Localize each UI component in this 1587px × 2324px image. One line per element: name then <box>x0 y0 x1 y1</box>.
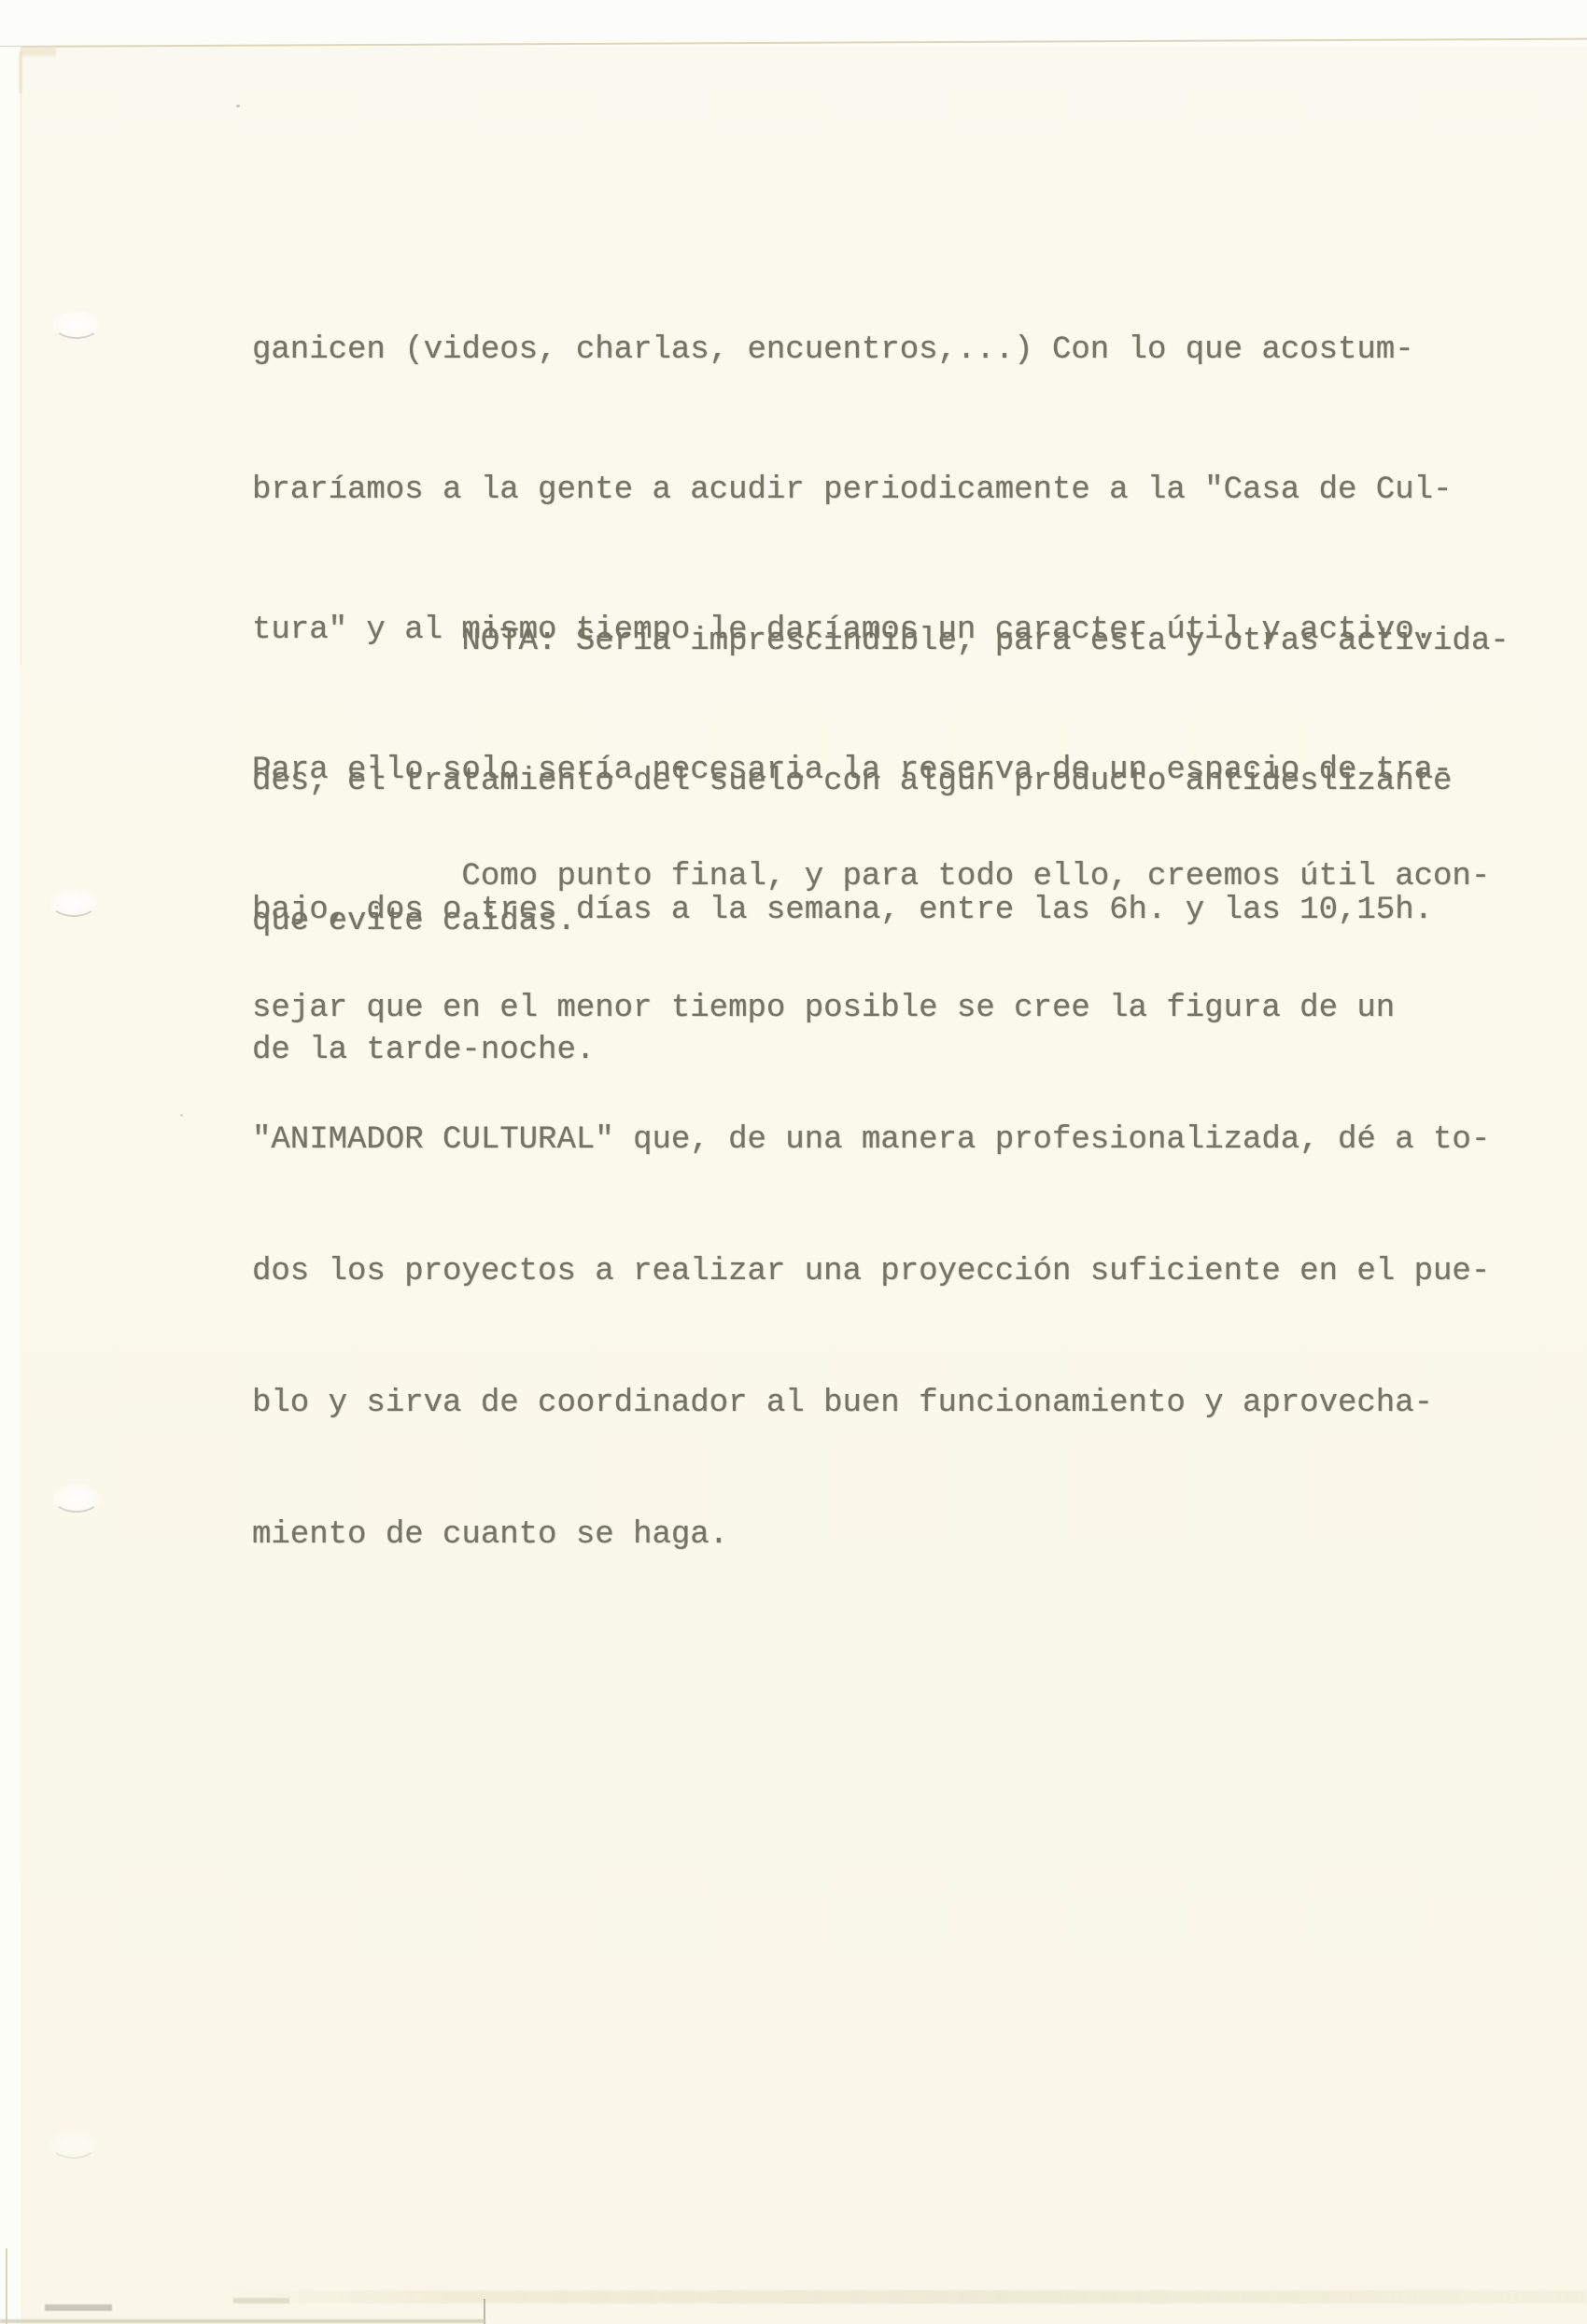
typed-line: sejar que en el menor tiempo posible se … <box>252 987 1490 1031</box>
bottom-scan-mark <box>233 2298 289 2303</box>
bottom-scan-smear <box>215 2290 1587 2303</box>
typed-line: Como punto final, y para todo ello, cree… <box>252 855 1490 899</box>
typed-line: blo y sirva de coordinador al buen funci… <box>252 1382 1490 1426</box>
scanned-document-page: ganicen (videos, charlas, encuentros,...… <box>0 0 1587 2324</box>
page-bottom-edge <box>0 2319 485 2323</box>
paragraph-3-final: Como punto final, y para todo ello, cree… <box>252 768 1490 1645</box>
typed-line: dos los proyectos a realizar una proyecc… <box>252 1250 1490 1294</box>
page-left-bottom-edge <box>6 2248 7 2324</box>
typed-line: NOTA: Sería imprescindible, para esta y … <box>252 618 1510 665</box>
bottom-scan-mark <box>45 2304 112 2311</box>
typed-line: "ANIMADOR CULTURAL" que, de una manera p… <box>252 1119 1490 1162</box>
typed-text-block: ganicen (videos, charlas, encuentros,...… <box>0 0 1587 2324</box>
typed-line: miento de cuanto se haga. <box>252 1514 1490 1557</box>
typed-line: braríamos a la gente a acudir periodicam… <box>252 467 1452 514</box>
typed-line: ganicen (videos, charlas, encuentros,...… <box>252 327 1452 373</box>
